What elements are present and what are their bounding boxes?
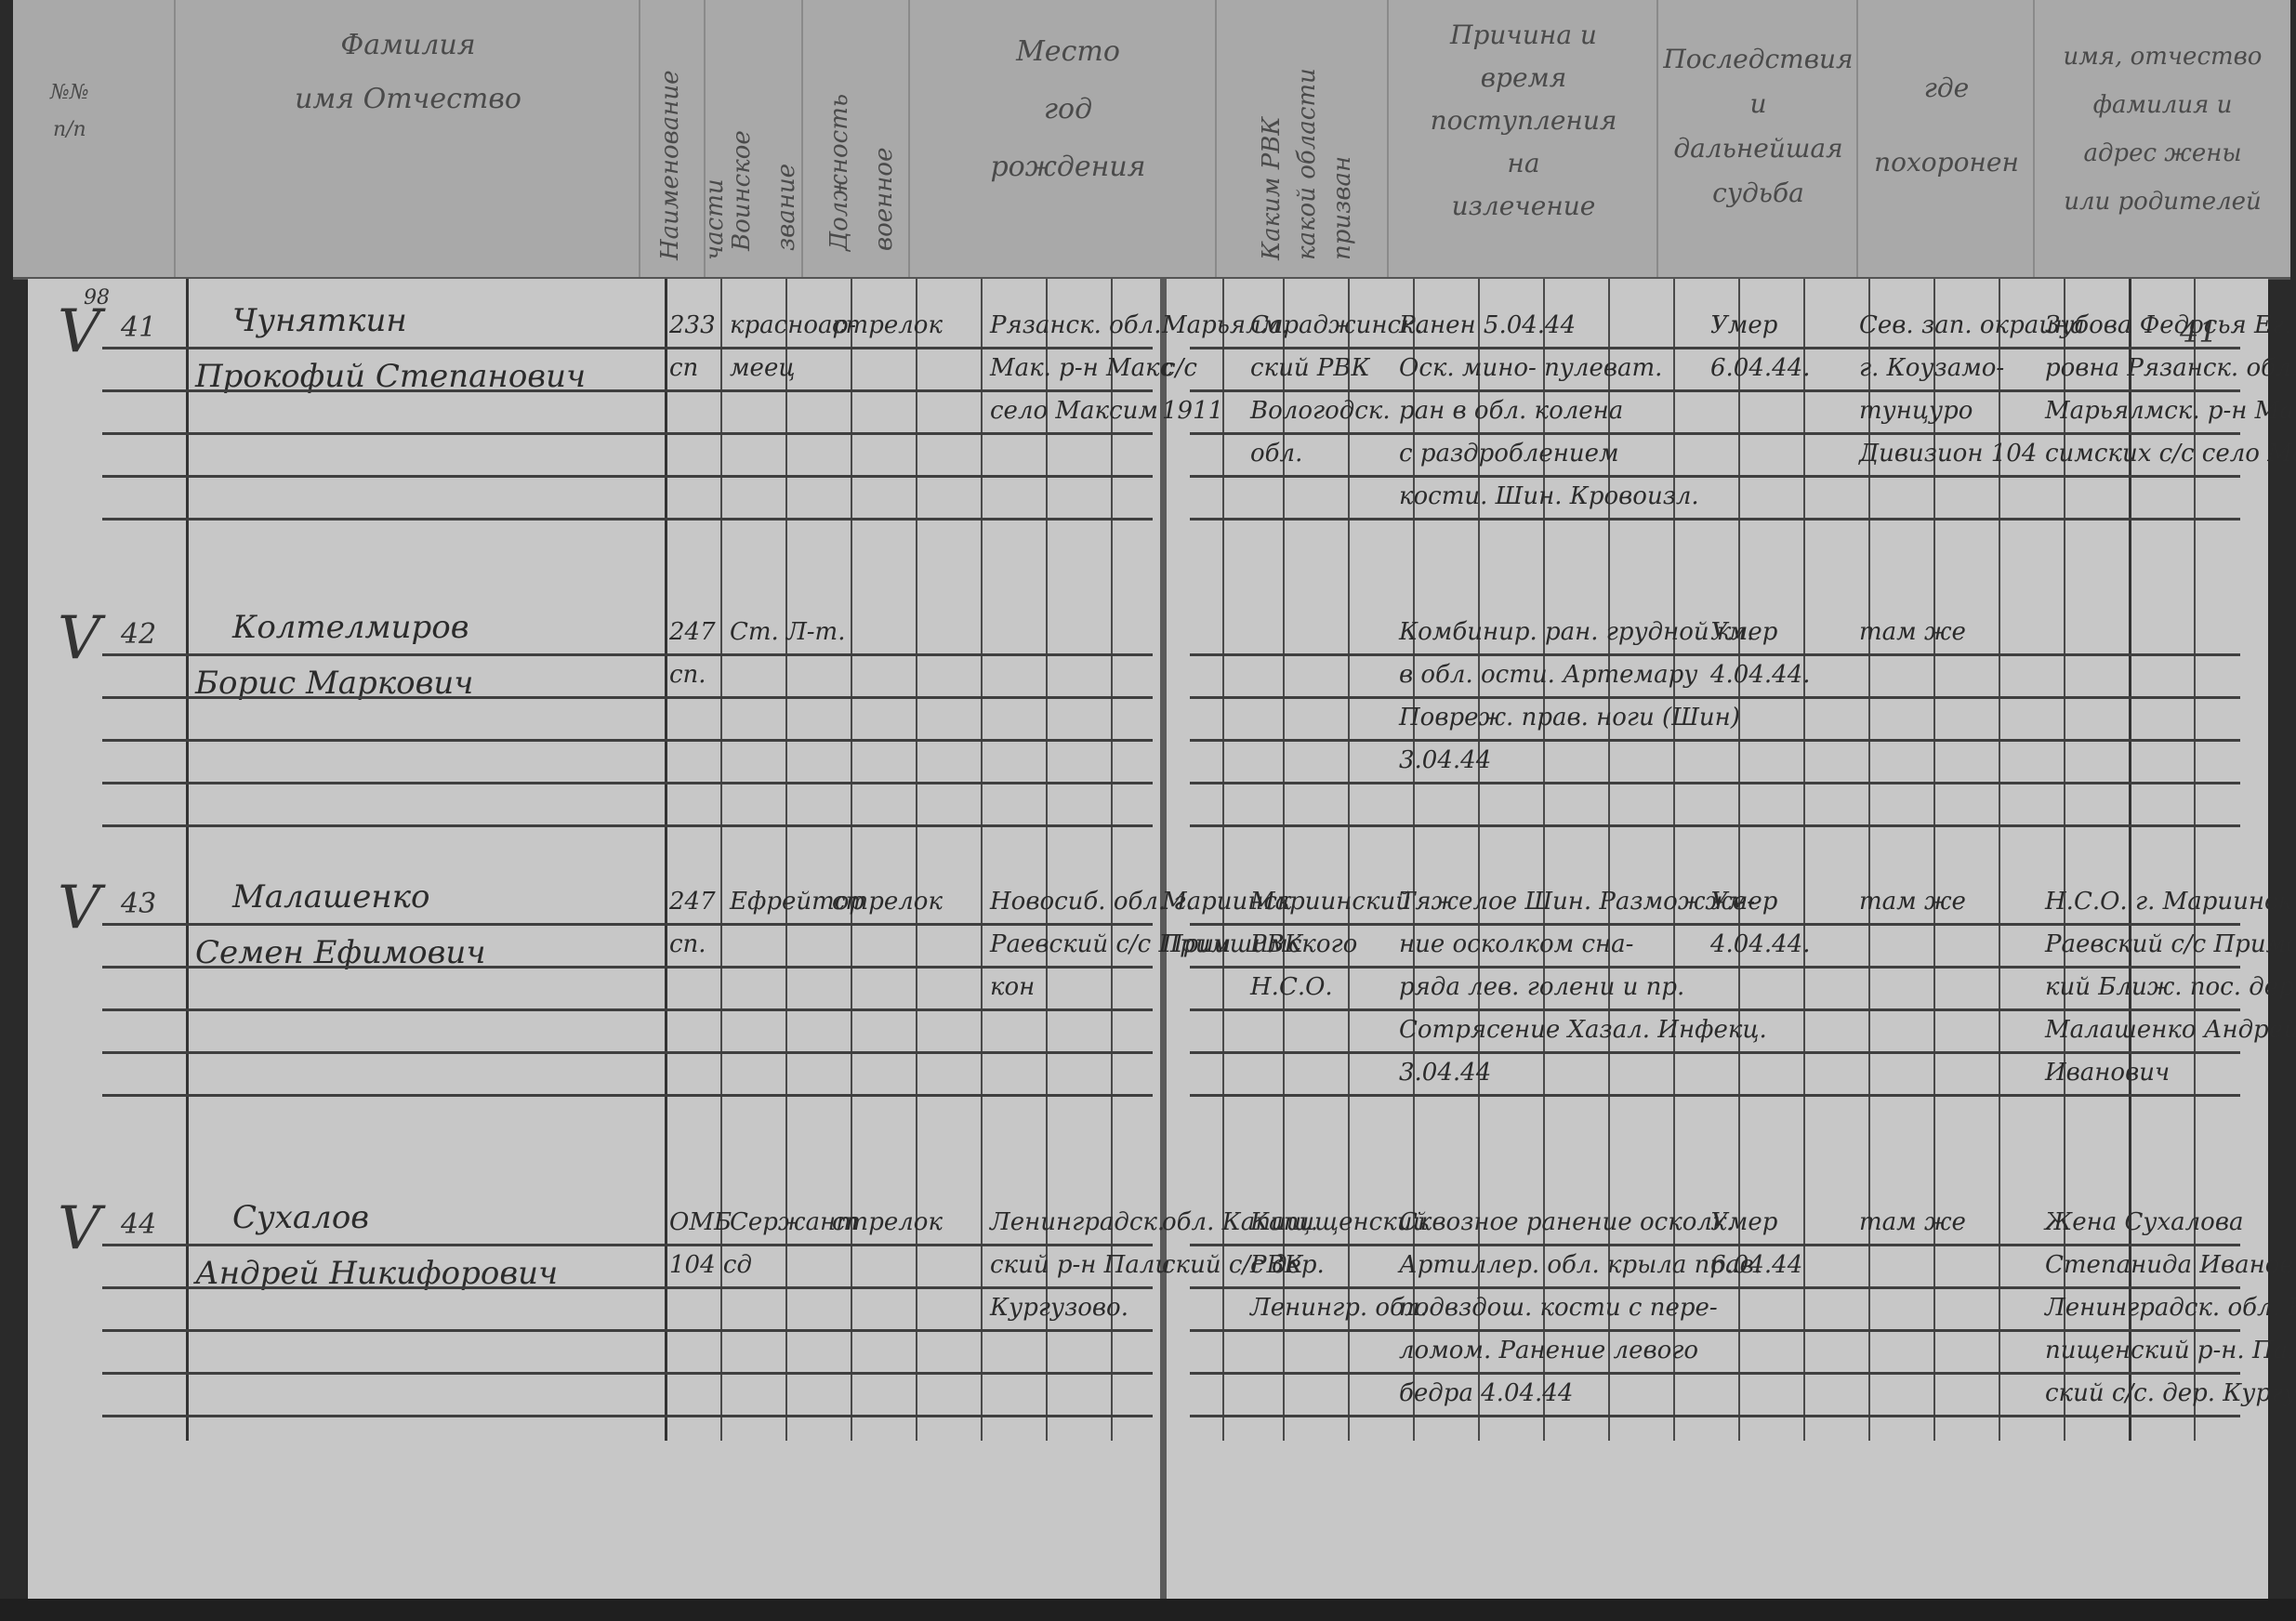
cause-line: Сотрясение Хазал. Инфекц.	[1399, 1016, 1767, 1044]
ruled-line	[102, 923, 1153, 926]
unit-line: сп.	[669, 930, 706, 958]
cause-line: 3.04.44	[1399, 1059, 1491, 1087]
outcome-line: 4.04.44.	[1710, 661, 1811, 689]
ruled-line	[102, 1329, 1153, 1332]
outcome-line: Умер	[1710, 618, 1777, 646]
grid-line	[1803, 279, 1805, 1441]
unit-line: сп	[669, 354, 698, 382]
divider-number-name	[186, 279, 189, 1441]
ruled-line	[1190, 1094, 2240, 1097]
header-rank-label: Воинское звание	[719, 65, 809, 251]
entry-number: 41	[121, 311, 156, 344]
ruled-line	[1190, 389, 2240, 392]
given-names: Борис Маркович	[195, 669, 473, 697]
header-name-label: Фамилия имя Отчество	[231, 19, 585, 126]
ruled-line	[102, 966, 1153, 969]
cause-line: ряда лев. голени и пр.	[1399, 973, 1684, 1001]
ruled-line	[1190, 966, 2240, 969]
relatives-line: Ленинградск. обл. Ка-	[2045, 1294, 2296, 1322]
ruled-line	[102, 389, 1153, 392]
verified-checkmark: V	[58, 609, 100, 668]
relatives-line: Н.С.О. г. Мариинск	[2045, 888, 2292, 916]
header-col-cause: Причина и время поступления на излечение	[1389, 0, 1658, 277]
header-relatives-label: имя, отчество фамилия и адрес жены или р…	[2035, 33, 2290, 226]
ruled-line	[1190, 923, 2240, 926]
position-line: стрелок	[832, 311, 943, 339]
relatives-line: Степанида Ивановна	[2045, 1251, 2296, 1279]
ruled-line	[1190, 653, 2240, 656]
burial-line: там же	[1859, 888, 1966, 916]
draft-line: Вологодск.	[1250, 397, 1391, 425]
unit-line: 104 сд	[669, 1251, 752, 1279]
entry-number: 42	[121, 618, 156, 651]
book-bottom-edge	[0, 1599, 2296, 1621]
burial-line: г. Коузамо-	[1859, 354, 2004, 382]
birth-line: Рязанск. обл.	[990, 311, 1161, 339]
cause-line: в обл. ости. Артемару	[1399, 661, 1697, 689]
cause-line: Повреж. прав. ноги (Шин)	[1399, 704, 1740, 731]
draft-line: обл.	[1250, 440, 1302, 468]
ruled-line	[102, 432, 1153, 435]
entry-number: 43	[121, 888, 156, 920]
ruled-line	[1190, 1244, 2240, 1246]
grid-line	[1348, 279, 1350, 1441]
ruled-line	[102, 1415, 1153, 1417]
ruled-line	[1190, 1008, 2240, 1011]
header-col-birth: Место год рождения	[910, 0, 1217, 277]
birth-line: кон	[990, 973, 1035, 1001]
ruled-line	[102, 739, 1153, 742]
ruled-line	[1190, 518, 2240, 521]
birth_year-line: с/с	[1162, 354, 1197, 382]
header-col-name: Фамилия имя Отчество	[176, 0, 640, 277]
header-outcome-label: Последствия и дальнейшая судьба	[1658, 37, 1858, 216]
draft-line: Сараджинск.	[1250, 311, 1423, 339]
header-col-unit: Наименование части	[640, 0, 706, 277]
given-names: Прокофий Степанович	[195, 362, 586, 390]
relatives-line: Жена Сухалова	[2045, 1208, 2243, 1236]
unit-line: ОМБ	[669, 1208, 732, 1236]
surname: Чуняткин	[232, 307, 407, 335]
header-col-draft: Каким РВК какой области призван	[1217, 0, 1389, 277]
relatives-line: Малашенко Андрей	[2045, 1016, 2296, 1044]
ruled-line	[1190, 1329, 2240, 1332]
ruled-line	[1190, 782, 2240, 784]
cause-line: Ранен 5.04.44	[1399, 311, 1576, 339]
position-line: стрелок	[832, 888, 943, 916]
ruled-line	[102, 1094, 1153, 1097]
surname: Малашенко	[232, 883, 430, 911]
cause-line: с раздроблением	[1399, 440, 1619, 468]
cause-line: ние осколком сна-	[1399, 930, 1633, 958]
rank-line: Ст. Л-т.	[730, 618, 845, 646]
ruled-line	[102, 518, 1153, 521]
header-col-position: Должность военное	[803, 0, 910, 277]
relatives-line: кий Ближ. пос. дер.	[2045, 973, 2296, 1001]
burial-line: тунцуро	[1859, 397, 1973, 425]
surname: Сухалов	[232, 1204, 369, 1232]
cause-line: Комбинир. ран. грудной кл.	[1399, 618, 1754, 646]
relatives-line: Раевский с/с Примор	[2045, 930, 2296, 958]
birth-line: Мак. р-н Макс	[990, 354, 1173, 382]
ruled-line	[1190, 1286, 2240, 1289]
verified-checkmark: V	[58, 302, 100, 362]
relatives-line: Марьялмск. р-н Мак-	[2045, 397, 2296, 425]
header-col-outcome: Последствия и дальнейшая судьба	[1658, 0, 1858, 277]
entry-number: 44	[121, 1208, 156, 1241]
relatives-line: Зубова Федосья Ег.	[2045, 311, 2291, 339]
relatives-line: ровна Рязанск. обл.	[2045, 354, 2296, 382]
ruled-line	[1190, 1372, 2240, 1375]
grid-line	[785, 279, 787, 1441]
cause-line: ран в обл. колена	[1399, 397, 1623, 425]
draft-line: Мариинский	[1250, 888, 1411, 916]
draft-line: РВК	[1250, 930, 1303, 958]
ruled-line	[1190, 475, 2240, 478]
cause-line: 3.04.44	[1399, 746, 1491, 774]
cause-line: Оск. мино- пулеват.	[1399, 354, 1662, 382]
header-col-burial: где похоронен	[1858, 0, 2035, 277]
ruled-line	[102, 653, 1153, 656]
ruled-line	[1190, 739, 2240, 742]
cause-line: подвздош. кости с пере-	[1399, 1294, 1718, 1322]
position-line: стрелок	[832, 1208, 943, 1236]
header-position-label: Должность военное	[817, 65, 906, 251]
ruled-line	[102, 1008, 1153, 1011]
outcome-line: 4.04.44.	[1710, 930, 1811, 958]
relatives-line: симских с/с село Мака	[2045, 440, 2296, 468]
cause-line: Тяжелое Шин. Разможже-	[1399, 888, 1755, 916]
relatives-line: ский с/с. дер. Кургузово	[2045, 1379, 2296, 1407]
ruled-line	[1190, 696, 2240, 699]
grid-line	[916, 279, 917, 1441]
outcome-line: 6.04.44.	[1710, 354, 1811, 382]
header-burial-label: где похоронен	[1858, 51, 2035, 200]
ruled-line	[102, 1244, 1153, 1246]
given-names: Андрей Никифорович	[195, 1259, 558, 1287]
cause-line: кости. Шин. Кровоизл.	[1399, 482, 1699, 510]
ruled-line	[102, 696, 1153, 699]
header-cause-label: Причина и время поступления на излечение	[1407, 14, 1640, 228]
ruled-line	[1190, 432, 2240, 435]
outcome-line: Умер	[1710, 311, 1777, 339]
verified-checkmark: V	[58, 1199, 100, 1259]
header-col-rank: Воинское звание	[706, 0, 803, 277]
draft-line: Н.С.О.	[1250, 973, 1333, 1001]
unit-line: 233	[669, 311, 716, 339]
surname: Колтелмиров	[232, 613, 469, 641]
burial-line: Дивизион 104	[1859, 440, 2037, 468]
burial-line: там же	[1859, 618, 1966, 646]
draft-line: РВК	[1250, 1251, 1303, 1279]
relatives-line: пищенский р-н. Пали-	[2045, 1337, 2296, 1364]
birth-line: Кургузово.	[990, 1294, 1128, 1322]
grid-line	[981, 279, 983, 1441]
cause-line: бедра 4.04.44	[1399, 1379, 1573, 1407]
ruled-line	[1190, 1415, 2240, 1417]
grid-line	[851, 279, 852, 1441]
verified-checkmark: V	[58, 878, 100, 938]
header-birth-label: Место год рождения	[957, 23, 1180, 196]
burial-line: там же	[1859, 1208, 1966, 1236]
outcome-line: Умер	[1710, 1208, 1777, 1236]
ruled-line	[1190, 347, 2240, 349]
unit-line: 247	[669, 618, 716, 646]
column-header-strip: №№ п/п Фамилия имя Отчество Наименование…	[13, 0, 2290, 280]
unit-line: 247	[669, 888, 716, 916]
ruled-line	[102, 1051, 1153, 1054]
header-col-number: №№ п/п	[13, 0, 176, 277]
relatives-line: Иванович	[2045, 1059, 2170, 1087]
outcome-line: 6.04.44	[1710, 1251, 1802, 1279]
ruled-line	[102, 782, 1153, 784]
birth-line: село Максим	[990, 397, 1158, 425]
header-draft-label: Каким РВК какой области призван	[1254, 19, 1360, 260]
ruled-line	[102, 475, 1153, 478]
ruled-line	[1190, 824, 2240, 827]
ruled-line	[102, 1372, 1153, 1375]
cause-line: ломом. Ранение левого	[1399, 1337, 1698, 1364]
header-col-relatives: имя, отчество фамилия и адрес жены или р…	[2035, 0, 2290, 277]
ruled-line	[102, 347, 1153, 349]
cause-line: Сквозное ранение осколк.	[1399, 1208, 1735, 1236]
birth-line: Ленинградск.	[990, 1208, 1165, 1236]
draft-line: ский РВК	[1250, 354, 1370, 382]
given-names: Семен Ефимович	[195, 939, 485, 967]
ruled-line	[1190, 1051, 2240, 1054]
unit-line: сп.	[669, 661, 706, 689]
rank-line: меец	[730, 354, 795, 382]
birth-line: ский р-н Пали	[990, 1251, 1170, 1279]
header-number-label: №№ п/п	[50, 74, 89, 149]
ruled-line	[102, 1286, 1153, 1289]
divider-name-unit	[665, 279, 667, 1441]
birth_year-line: 1911	[1162, 397, 1223, 425]
ruled-line	[102, 824, 1153, 827]
cause-line: Артиллер. обл. крыла прав.	[1399, 1251, 1762, 1279]
outcome-line: Умер	[1710, 888, 1777, 916]
